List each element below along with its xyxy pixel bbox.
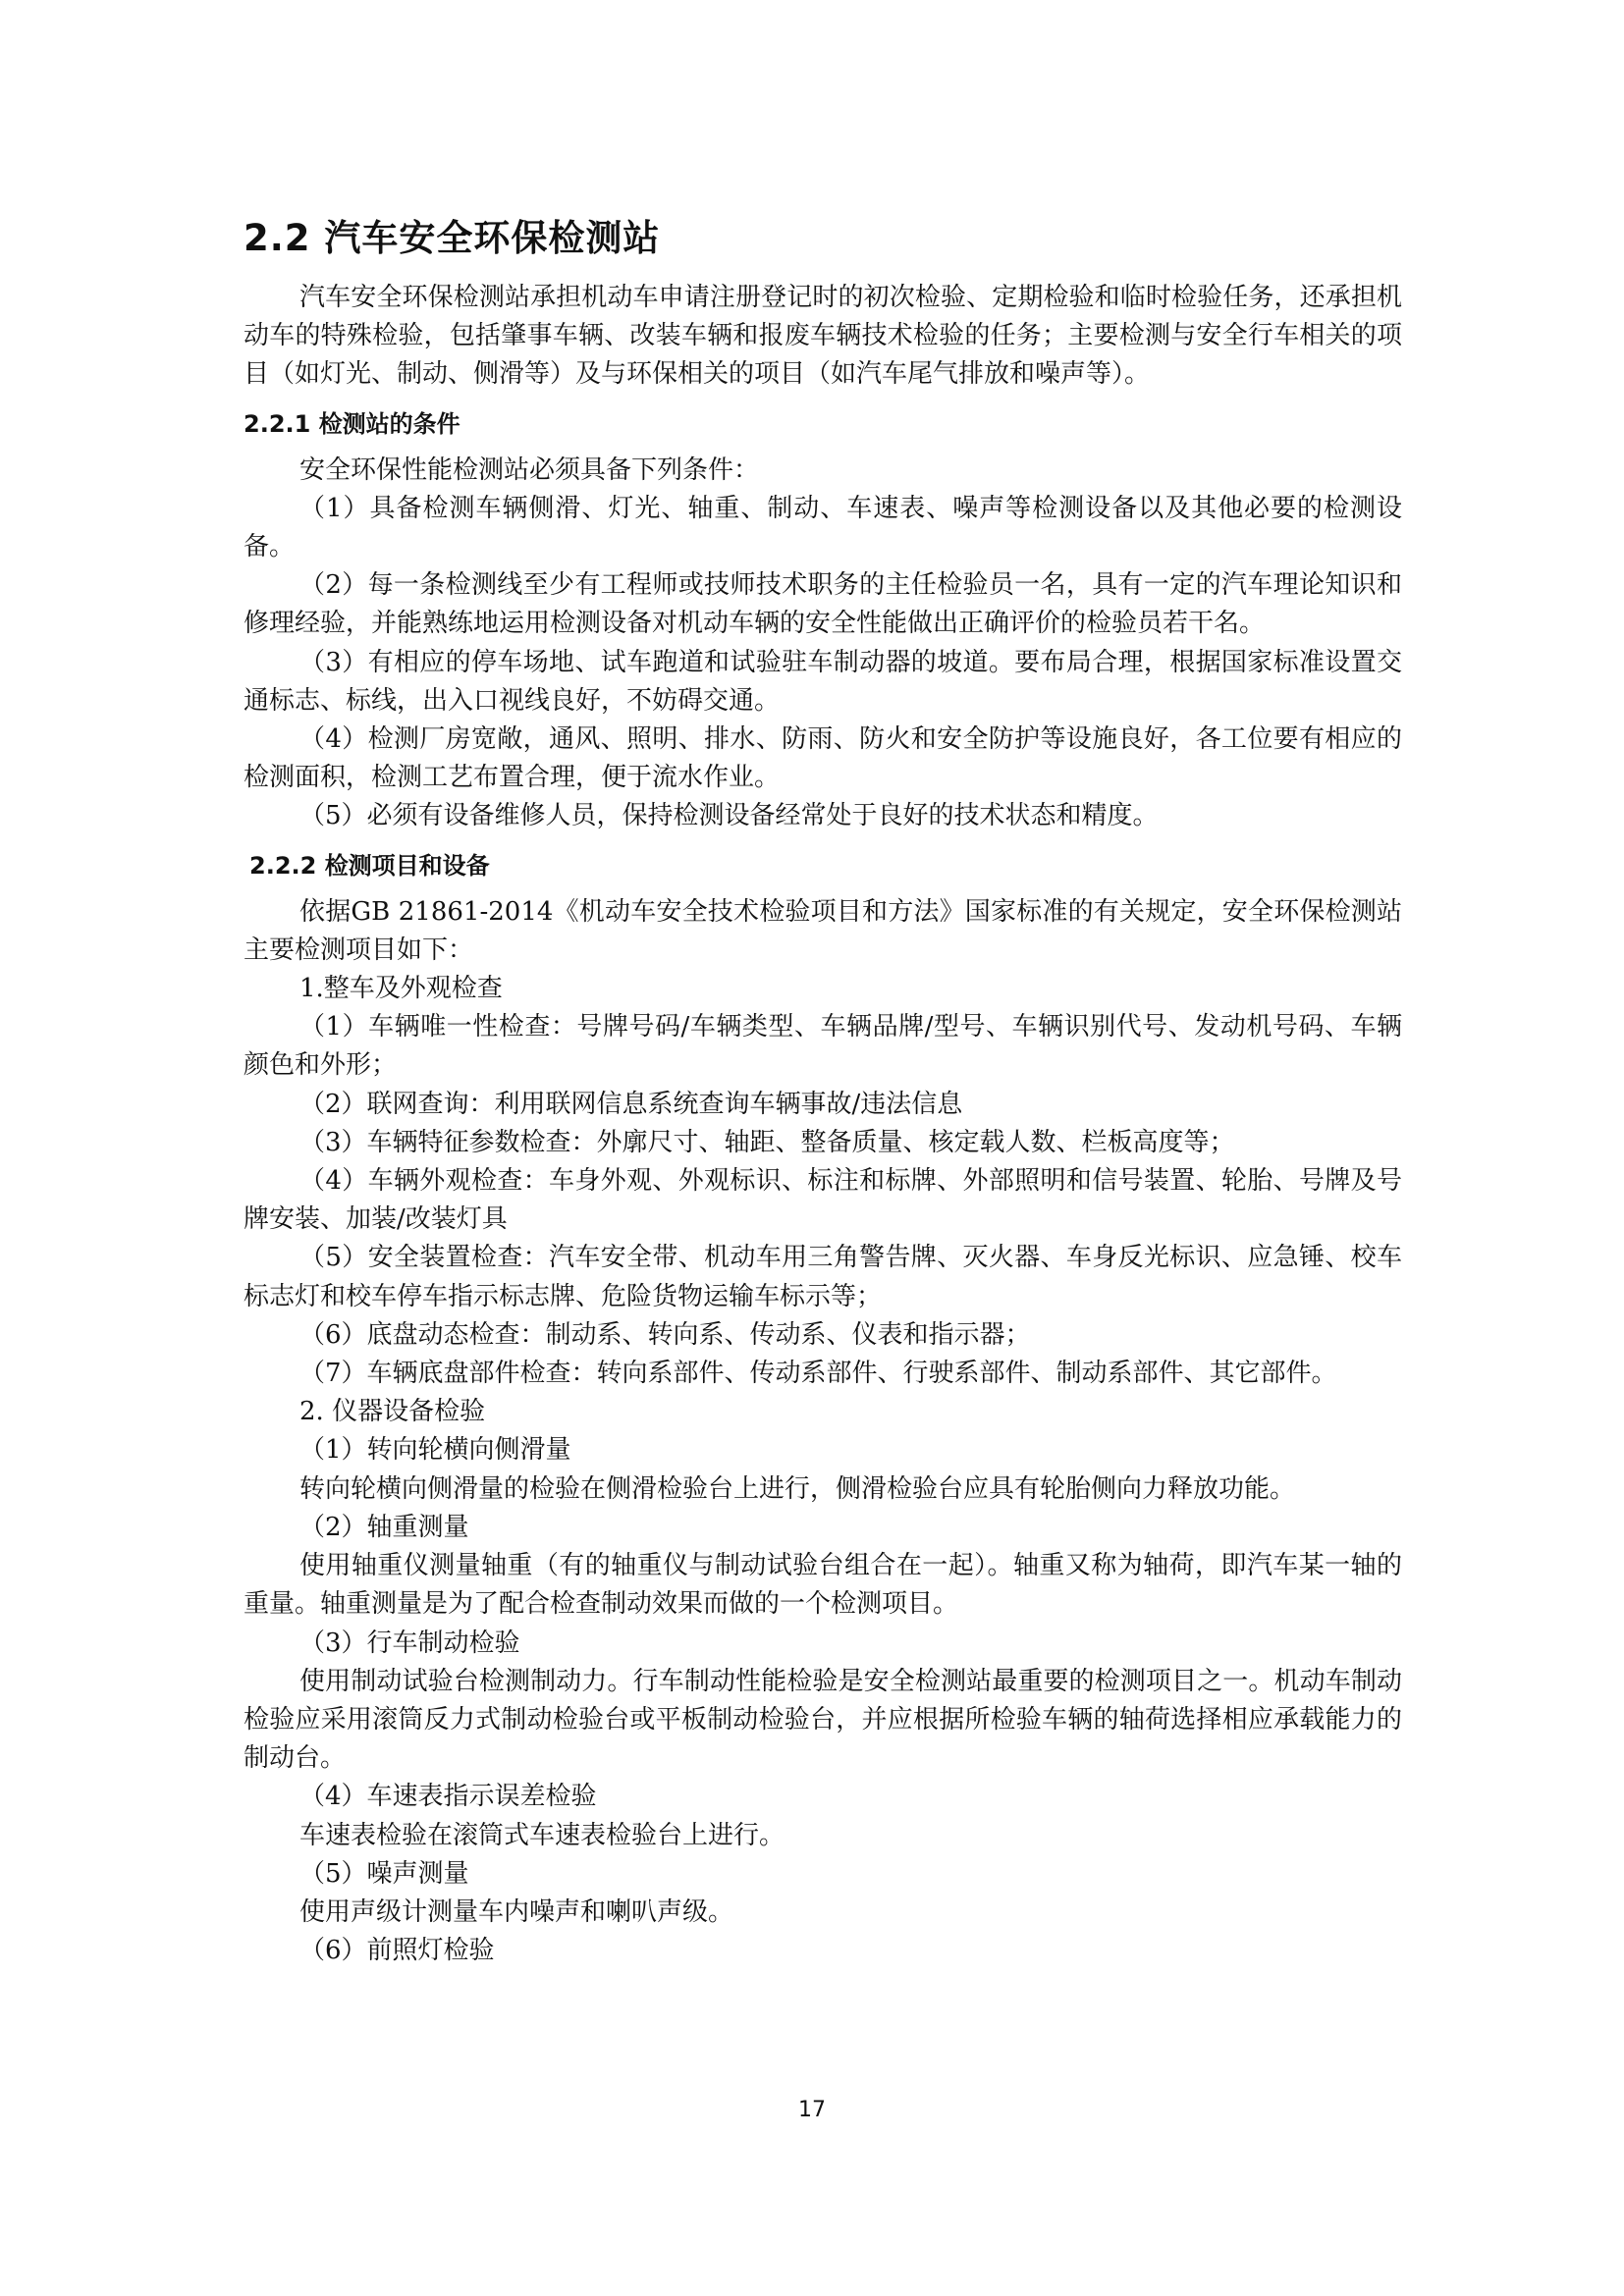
condition-item: （2）每一条检测线至少有工程师或技师技术职务的主任检验员一名，具有一定的汽车理论… <box>244 566 1402 643</box>
instrument-item-heading: （3）行车制动检验 <box>244 1625 1402 1663</box>
subsection-title-items-equipment: 2.2.2 检测项目和设备 <box>249 846 1402 885</box>
condition-item: （4）检测厂房宽敞，通风、照明、排水、防雨、防火和安全防护等设施良好，各工位要有… <box>244 721 1402 797</box>
section-intro: 汽车安全环保检测站承担机动车申请注册登记时的初次检验、定期检验和临时检验任务，还… <box>244 279 1402 395</box>
items-lead: 依据GB 21861-2014《机动车安全技术检验项目和方法》国家标准的有关规定… <box>244 893 1402 970</box>
instrument-item-body: 车速表检验在滚筒式车速表检验台上进行。 <box>244 1817 1402 1855</box>
appearance-item: （7）车辆底盘部件检查：转向系部件、传动系部件、行驶系部件、制动系部件、其它部件… <box>244 1355 1402 1393</box>
group-title-instrument-inspection: 2. 仪器设备检验 <box>244 1393 1402 1431</box>
condition-item: （1）具备检测车辆侧滑、灯光、轴重、制动、车速表、噪声等检测设备以及其他必要的检… <box>244 490 1402 566</box>
instrument-item-heading: （2）轴重测量 <box>244 1509 1402 1547</box>
appearance-item: （6）底盘动态检查：制动系、转向系、传动系、仪表和指示器； <box>244 1316 1402 1355</box>
instrument-item-heading: （1）转向轮横向侧滑量 <box>244 1431 1402 1469</box>
condition-item: （5）必须有设备维修人员，保持检测设备经常处于良好的技术状态和精度。 <box>244 797 1402 835</box>
appearance-item: （4）车辆外观检查：车身外观、外观标识、标注和标牌、外部照明和信号装置、轮胎、号… <box>244 1162 1402 1239</box>
instrument-item-body: 使用制动试验台检测制动力。行车制动性能检验是安全检测站最重要的检测项目之一。机动… <box>244 1663 1402 1779</box>
condition-item: （3）有相应的停车场地、试车跑道和试验驻车制动器的坡道。要布局合理，根据国家标准… <box>244 644 1402 721</box>
appearance-item: （1）车辆唯一性检查：号牌号码/车辆类型、车辆品牌/型号、车辆识别代号、发动机号… <box>244 1008 1402 1085</box>
instrument-item-body: 使用声级计测量车内噪声和喇叭声级。 <box>244 1894 1402 1932</box>
instrument-item-heading: （6）前照灯检验 <box>244 1932 1402 1970</box>
page-number: 17 <box>0 2098 1624 2122</box>
instrument-item-heading: （4）车速表指示误差检验 <box>244 1778 1402 1816</box>
appearance-item: （5）安全装置检查：汽车安全带、机动车用三角警告牌、灭火器、车身反光标识、应急锤… <box>244 1239 1402 1315</box>
appearance-item: （2）联网查询：利用联网信息系统查询车辆事故/违法信息 <box>244 1086 1402 1124</box>
conditions-lead: 安全环保性能检测站必须具备下列条件： <box>244 452 1402 490</box>
page-content: 2.2 汽车安全环保检测站 汽车安全环保检测站承担机动车申请注册登记时的初次检验… <box>244 214 1402 1970</box>
subsection-title-conditions: 2.2.1 检测站的条件 <box>244 404 1402 444</box>
section-title: 2.2 汽车安全环保检测站 <box>244 214 1402 263</box>
instrument-item-body: 转向轮横向侧滑量的检验在侧滑检验台上进行，侧滑检验台应具有轮胎侧向力释放功能。 <box>244 1470 1402 1509</box>
group-title-vehicle-appearance: 1.整车及外观检查 <box>244 970 1402 1008</box>
instrument-item-heading: （5）噪声测量 <box>244 1855 1402 1894</box>
document-page: 2.2 汽车安全环保检测站 汽车安全环保检测站承担机动车申请注册登记时的初次检验… <box>0 0 1624 2296</box>
instrument-item-body: 使用轴重仪测量轴重（有的轴重仪与制动试验台组合在一起）。轴重又称为轴荷，即汽车某… <box>244 1547 1402 1624</box>
appearance-item: （3）车辆特征参数检查：外廓尺寸、轴距、整备质量、核定载人数、栏板高度等； <box>244 1124 1402 1162</box>
